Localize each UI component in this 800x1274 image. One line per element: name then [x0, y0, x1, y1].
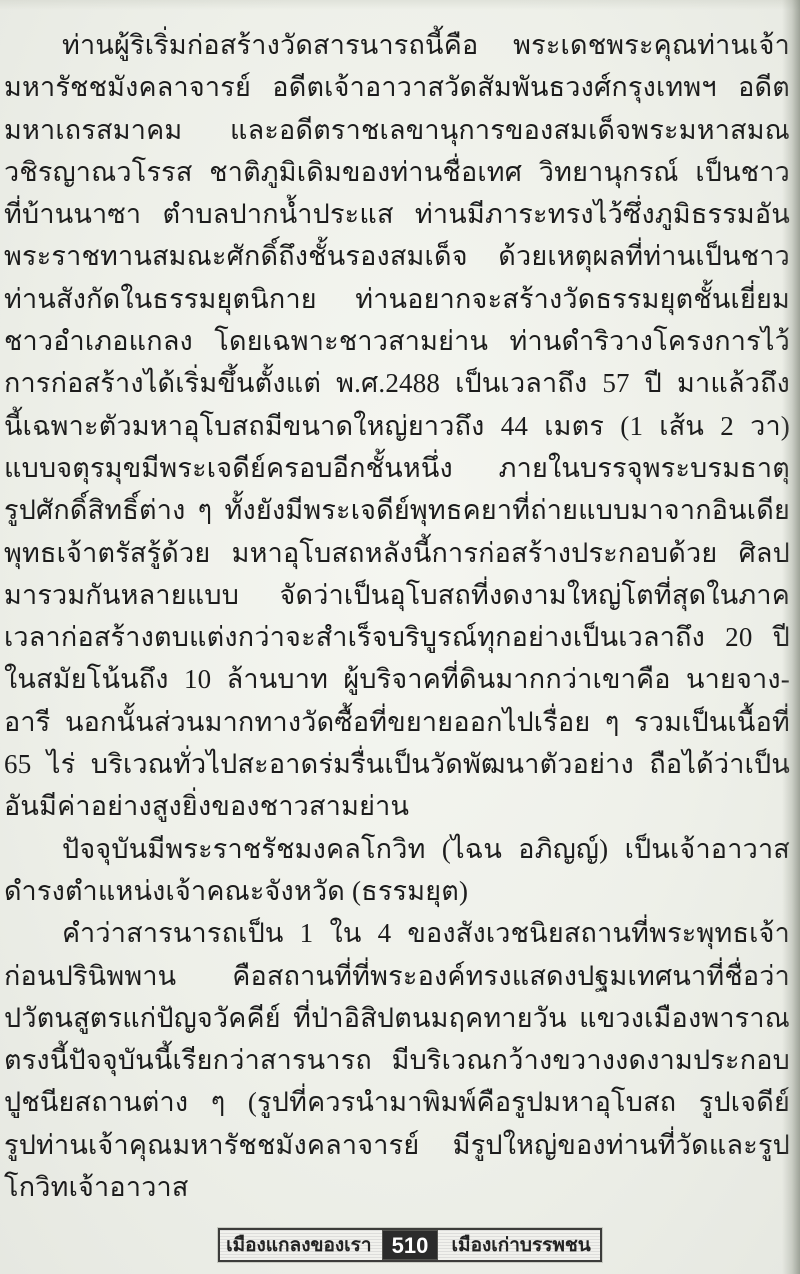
- text-line: แบบจตุรมุขมีพระเจดีย์ครอบอีกชั้นหนึ่ง ภา…: [4, 447, 790, 489]
- text-line: ท่านสังกัดในธรรมยุตนิกาย ท่านอยากจะสร้าง…: [4, 278, 790, 320]
- text-line: โกวิทเจ้าอาวาส: [4, 1166, 790, 1208]
- text-line: ตรงนี้ปัจจุบันนี้เรียกว่าสารนารถ มีบริเว…: [4, 1039, 790, 1081]
- scanned-book-page: ท่านผู้ริเริ่มก่อสร้างวัดสารนารถนี้คือ พ…: [0, 0, 800, 1274]
- text-line: รูปศักดิ์สิทธิ์ต่าง ๆ ทั้งยังมีพระเจดีย์…: [4, 489, 790, 531]
- text-line: นี้เฉพาะตัวมหาอุโบสถมีขนาดใหญ่ยาวถึง 44 …: [4, 405, 790, 447]
- body-text: ท่านผู้ริเริ่มก่อสร้างวัดสารนารถนี้คือ พ…: [4, 24, 790, 1208]
- text-line: ชาวอำเภอแกลง โดยเฉพาะชาวสามย่าน ท่านดำริ…: [4, 320, 790, 362]
- text-line: พระราชทานสมณะศักดิ์ถึงชั้นรองสมเด็จ ด้วย…: [4, 235, 790, 277]
- text-line: ปูชนียสถานต่าง ๆ (รูปที่ควรนำมาพิมพ์คือร…: [4, 1081, 790, 1123]
- footer-right-title: เมืองเก่าบรรพชน: [442, 1230, 600, 1260]
- text-line: ปัจจุบันมีพระราชรัชมงคลโกวิท (ไฉน อภิญญ์…: [4, 828, 790, 870]
- scan-top-shadow: [0, 0, 800, 10]
- text-line: ที่บ้านนาซา ตำบลปากน้ำประแส ท่านมีภาระทร…: [4, 193, 790, 235]
- text-line: ก่อนปรินิพพาน คือสถานที่ที่พระองค์ทรงแสด…: [4, 955, 790, 997]
- text-line: มหารัชชมังคลาจารย์ อดีตเจ้าอาวาสวัดสัมพั…: [4, 66, 790, 108]
- text-line: พุทธเจ้าตรัสรู้ด้วย มหาอุโบสถหลังนี้การก…: [4, 532, 790, 574]
- text-line: การก่อสร้างได้เริ่มขึ้นตั้งแต่ พ.ศ.2488 …: [4, 362, 790, 404]
- text-line: อันมีค่าอย่างสูงยิ่งของชาวสามย่าน: [4, 785, 790, 827]
- text-line: ปวัตนสูตรแก่ปัญจวัคคีย์ ที่ป่าอิสิปตนมฤค…: [4, 997, 790, 1039]
- text-line: ในสมัยโน้นถึง 10 ล้านบาท ผู้บริจาคที่ดิน…: [4, 658, 790, 700]
- text-line: 65 ไร่ บริเวณทั่วไปสะอาดร่มรื่นเป็นวัดพั…: [4, 743, 790, 785]
- text-line: ท่านผู้ริเริ่มก่อสร้างวัดสารนารถนี้คือ พ…: [4, 24, 790, 66]
- text-line: วชิรญาณวโรรส ชาติภูมิเดิมของท่านชื่อเทศ …: [4, 151, 790, 193]
- text-line: คำว่าสารนารถเป็น 1 ใน 4 ของสังเวชนิยสถาน…: [4, 912, 790, 954]
- paragraph: ปัจจุบันมีพระราชรัชมงคลโกวิท (ไฉน อภิญญ์…: [4, 828, 790, 913]
- text-line: มารวมกันหลายแบบ จัดว่าเป็นอุโบสถที่งดงาม…: [4, 574, 790, 616]
- footer-left-title: เมืองแกลงของเรา: [220, 1230, 378, 1260]
- paragraph: ท่านผู้ริเริ่มก่อสร้างวัดสารนารถนี้คือ พ…: [4, 24, 790, 828]
- text-line: มหาเถรสมาคม และอดีตราชเลขานุการของสมเด็จ…: [4, 109, 790, 151]
- text-line: อารี นอกนั้นส่วนมากทางวัดซื้อที่ขยายออกไ…: [4, 701, 790, 743]
- paragraph: คำว่าสารนารถเป็น 1 ใน 4 ของสังเวชนิยสถาน…: [4, 912, 790, 1208]
- footer-bar: เมืองแกลงของเรา 510 เมืองเก่าบรรพชน: [218, 1228, 602, 1262]
- text-line: เวลาก่อสร้างตบแต่งกว่าจะสำเร็จบริบูรณ์ทุ…: [4, 616, 790, 658]
- text-line: ดำรงตำแหน่งเจ้าคณะจังหวัด (ธรรมยุต): [4, 870, 790, 912]
- text-line: รูปท่านเจ้าคุณมหารัชชมังคลาจารย์ มีรูปให…: [4, 1124, 790, 1166]
- page-number-badge: 510: [382, 1230, 439, 1260]
